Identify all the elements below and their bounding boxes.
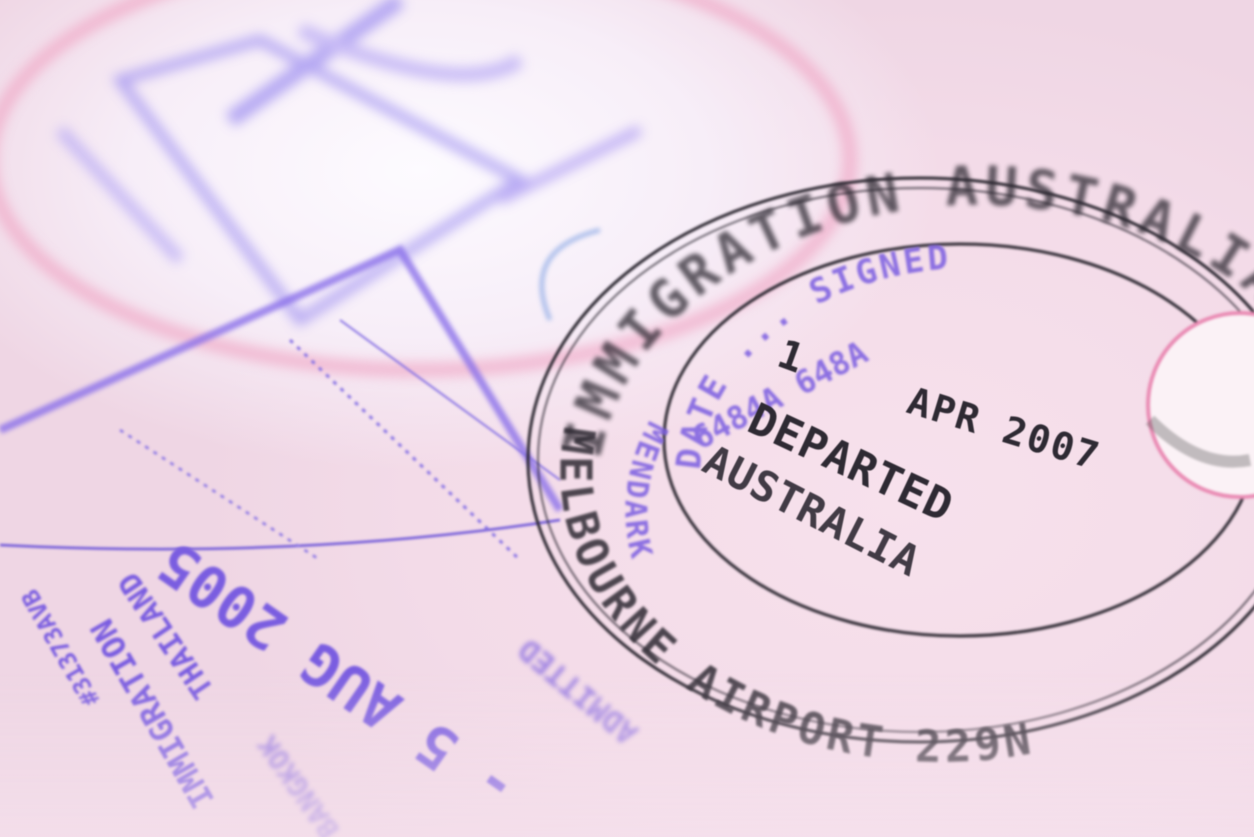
passport-page-photo: - 5 AUG 2005 THAILAND IMMIGRATION #31373… xyxy=(0,0,1254,837)
paper-vignette xyxy=(0,0,1254,837)
